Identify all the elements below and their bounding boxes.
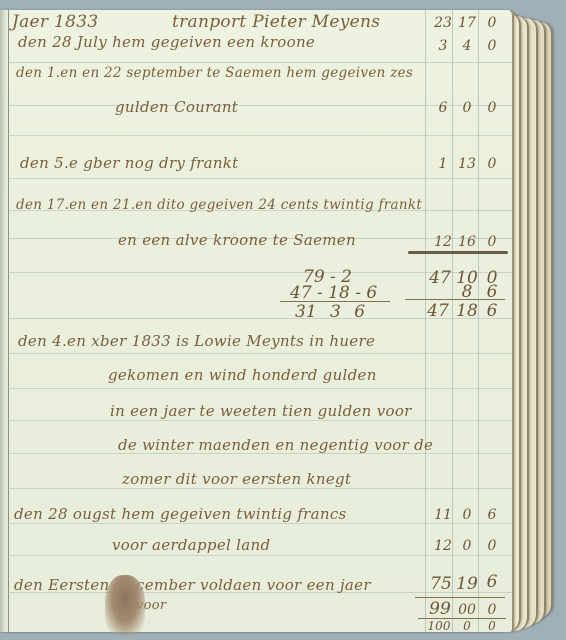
amount-guilders: 11 xyxy=(432,507,454,523)
amount-stivers: 17 xyxy=(457,15,477,31)
paragraph-line: de winter maenden en negentig voor de xyxy=(118,436,433,454)
entry-text: den 17.en en 21.en dito gegeiven 24 cent… xyxy=(16,197,422,213)
amount-pennies: 6 xyxy=(482,507,502,523)
side-calc-line: 31 3 6 xyxy=(295,302,365,322)
amount-pennies: 0 xyxy=(482,156,502,172)
total-rule xyxy=(408,251,508,254)
amount-stivers: 19 xyxy=(456,574,478,594)
paragraph-line: den 4.en xber 1833 is Lowie Meynts in hu… xyxy=(18,332,375,350)
transport-heading: tranport Pieter Meyens xyxy=(172,12,380,32)
amount-pennies: 0 xyxy=(482,538,502,554)
amount-pennies: 0 xyxy=(482,234,502,250)
amount-guilders: 23 xyxy=(432,15,454,31)
entry-text: den 1.en en 22 september te Saemen hem g… xyxy=(16,65,413,81)
subtotal-rule xyxy=(405,299,505,300)
amount-pennies: 0 xyxy=(482,619,502,632)
amount-stivers: 0 xyxy=(457,100,477,116)
paragraph-line: gekomen en wind honderd gulden xyxy=(108,366,377,384)
entry-text: den 28 ougst hem gegeiven twintig francs xyxy=(14,505,347,523)
amount-pennies: 0 xyxy=(482,38,502,54)
ledger-book: Jaer 1833 tranport Pieter Meyens 23 17 0… xyxy=(0,0,566,640)
amount-pennies: 0 xyxy=(482,15,502,31)
amount-guilders: 1 xyxy=(432,156,454,172)
amount-pennies: 6 xyxy=(482,572,502,592)
ink-stain xyxy=(105,575,145,635)
amount-stivers: 00 xyxy=(456,602,478,618)
final-rule xyxy=(415,597,505,598)
amount-guilders: 99 xyxy=(426,599,454,619)
amount-guilders: 3 xyxy=(432,38,454,54)
paragraph-line: zomer dit voor eersten knegt xyxy=(122,470,351,488)
amount-pennies: 6 xyxy=(482,301,502,321)
amount-guilders: 100 xyxy=(424,619,454,632)
entry-text: den 28 July hem gegeiven een kroone xyxy=(18,33,315,51)
amount-stivers: 4 xyxy=(457,38,477,54)
amount-guilders: 12 xyxy=(432,538,454,554)
amount-pennies: 0 xyxy=(482,602,502,618)
amount-stivers: 13 xyxy=(457,156,477,172)
entry-text: voor aerdappel land xyxy=(112,536,270,554)
side-calc-line: 47 - 18 - 6 xyxy=(290,283,377,303)
entry-text: en een alve kroone te Saemen xyxy=(118,231,356,249)
amount-stivers: 0 xyxy=(456,619,478,632)
entry-text: gulden Courant xyxy=(115,98,238,116)
amount-guilders: 6 xyxy=(432,100,454,116)
amount-guilders: 12 xyxy=(432,234,454,250)
paragraph-line: in een jaer te weeten tien gulden voor xyxy=(110,402,412,420)
amount-guilders: 47 xyxy=(424,301,452,321)
binding-gutter xyxy=(0,10,9,632)
amount-stivers: 16 xyxy=(457,234,477,250)
year-heading: Jaer 1833 xyxy=(12,12,99,32)
entry-text: den 5.e gber nog dry frankt xyxy=(20,154,239,172)
amount-stivers: 0 xyxy=(457,538,477,554)
amount-pennies: 0 xyxy=(482,100,502,116)
amount-guilders: 75 xyxy=(428,574,454,594)
entry-text: den Eersten December voldaen voor een ja… xyxy=(14,576,371,594)
amount-guilders: 47 xyxy=(428,268,452,288)
amount-stivers: 0 xyxy=(457,507,477,523)
amount-stivers: 18 xyxy=(456,301,478,321)
ledger-page: Jaer 1833 tranport Pieter Meyens 23 17 0… xyxy=(0,10,514,632)
